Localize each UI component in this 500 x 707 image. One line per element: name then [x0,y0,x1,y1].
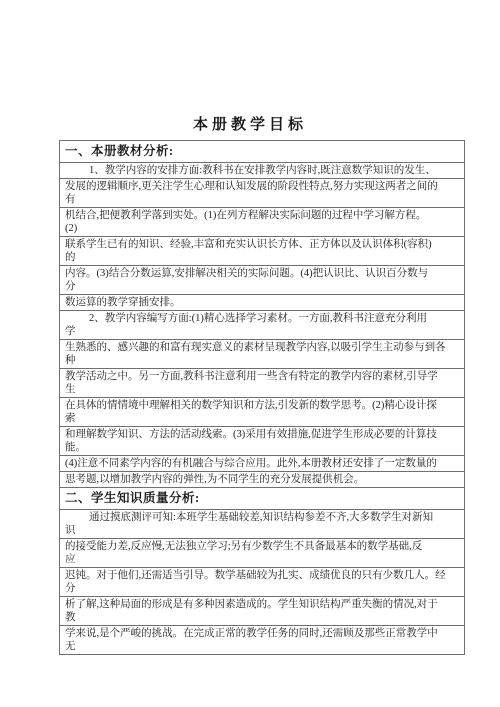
table-row: 2、教学内容编写方面:(1)精心选择学习素材。一方面,教科书注意充分利用学 [60,311,464,340]
text-line: (2) [65,222,459,235]
text-line: 和理解数学知识、方法的活动线索。(3)采用有效措施,促进学生形成必要的计算技 [65,428,459,441]
page-title: 本册教学目标 [0,0,500,134]
text-line: 分 [65,582,459,595]
section-header-row: 一、本册教材分析: [60,141,464,163]
table-row: 内容。(3)结合分数运算,安排解决相关的实际问题。(4)把认识比、认识百分数与分 [60,266,464,295]
content-table: 一、本册教材分析:1、教学内容的安排方面:教科书在安排教学内容时,既注意数学知识… [59,140,465,655]
text-line: 迟钝。对于他们,还需适当引导。数学基础较为扎实、成绩优良的只有少数几人。经 [65,569,459,582]
text-line: 种 [65,354,459,367]
table-row: 析了解,这种局面的形成是有多种因素造成的。学生知识结构严重失衡的情况,对于教 [60,597,464,626]
text-line: 内容。(3)结合分数运算,安排解决相关的实际问题。(4)把认识比、认识百分数与 [65,267,459,280]
text-line: 通过摸底测评可知:本班学生基础较差,知识结构参差不齐,大多数学生对新知 [65,511,459,524]
text-line: 分 [65,280,459,293]
table-row: 生熟悉的、感兴趣的和富有现实意义的素材呈现教学内容,以吸引学生主动参与到各种 [60,340,464,369]
text-line: 数运算的教学穿插安排。 [65,296,459,309]
text-line: 析了解,这种局面的形成是有多种因素造成的。学生知识结构严重失衡的情况,对于 [65,598,459,611]
text-line: 能。 [65,441,459,454]
text-line: 的接受能力差,反应慢,无法独立学习;另有少数学生不具备最基本的数学基础,反 [65,540,459,553]
text-line: 应 [65,553,459,566]
table-row: 数运算的教学穿插安排。 [60,295,464,311]
text-line: 2、教学内容编写方面:(1)精心选择学习素材。一方面,教科书注意充分利用 [65,312,459,325]
text-line: 无 [65,640,459,653]
text-line: 联系学生已有的知识、经验,丰富和充实认识长方体、正方体以及认识体积(容积) [65,238,459,251]
document-page: 本册教学目标 一、本册教材分析:1、教学内容的安排方面:教科书在安排教学内容时,… [0,0,500,707]
text-line: 一、本册教材分析: [65,143,459,159]
text-line: 二、学生知识质量分析: [65,490,459,506]
section-header-row: 二、学生知识质量分析: [60,488,464,510]
table-row: (4)注意不同素学内容的有机融合与综合应用。此外,本册教材还安排了一定数量的 [60,456,464,472]
text-line: 有 [65,193,459,206]
table-row: 机结合,把便教利学落到实处。(1)在列方程解决实际问题的过程中学习解方程。(2) [60,208,464,237]
text-line: 思考题,以增加教学内容的弹性,为不同学生的充分发展提供机会。 [65,473,459,486]
table-row: 发展的逻辑顺序,更关注学生心理和认知发展的阶段性特点,努力实现这两者之间的有 [60,179,464,208]
text-line: 识 [65,524,459,537]
text-line: 学 [65,325,459,338]
table-row: 的接受能力差,反应慢,无法独立学习;另有少数学生不具备最基本的数学基础,反应 [60,539,464,568]
table-row: 联系学生已有的知识、经验,丰富和充实认识长方体、正方体以及认识体积(容积)的 [60,237,464,266]
text-line: 教 [65,611,459,624]
text-line: 发展的逻辑顺序,更关注学生心理和认知发展的阶段性特点,努力实现这两者之间的 [65,180,459,193]
text-line: (4)注意不同素学内容的有机融合与综合应用。此外,本册教材还安排了一定数量的 [65,457,459,470]
text-line: 生熟悉的、感兴趣的和富有现实意义的素材呈现教学内容,以吸引学生主动参与到各 [65,341,459,354]
table-row: 迟钝。对于他们,还需适当引导。数学基础较为扎实、成绩优良的只有少数几人。经分 [60,568,464,597]
table-row: 和理解数学知识、方法的活动线索。(3)采用有效措施,促进学生形成必要的计算技能。 [60,427,464,456]
table-row: 1、教学内容的安排方面:教科书在安排教学内容时,既注意数学知识的发生、 [60,163,464,179]
text-line: 在具体的情情境中理解相关的数学知识和方法,引发新的数学思考。(2)精心设计探 [65,399,459,412]
text-line: 索 [65,412,459,425]
text-line: 的 [65,251,459,264]
text-line: 机结合,把便教利学落到实处。(1)在列方程解决实际问题的过程中学习解方程。 [65,209,459,222]
table-row: 学来说,是个严峻的挑战。在完成正常的教学任务的同时,还需顾及那些正常教学中无 [60,626,464,654]
table-row: 通过摸底测评可知:本班学生基础较差,知识结构参差不齐,大多数学生对新知识 [60,510,464,539]
text-line: 1、教学内容的安排方面:教科书在安排教学内容时,既注意数学知识的发生、 [65,164,459,177]
text-line: 教学活动之中。另一方面,教科书注意利用一些含有特定的教学内容的素材,引导学 [65,370,459,383]
text-line: 学来说,是个严峻的挑战。在完成正常的教学任务的同时,还需顾及那些正常教学中 [65,627,459,640]
table-row: 教学活动之中。另一方面,教科书注意利用一些含有特定的教学内容的素材,引导学生 [60,369,464,398]
text-line: 生 [65,383,459,396]
table-row: 在具体的情情境中理解相关的数学知识和方法,引发新的数学思考。(2)精心设计探索 [60,398,464,427]
table-row: 思考题,以增加教学内容的弹性,为不同学生的充分发展提供机会。 [60,472,464,488]
